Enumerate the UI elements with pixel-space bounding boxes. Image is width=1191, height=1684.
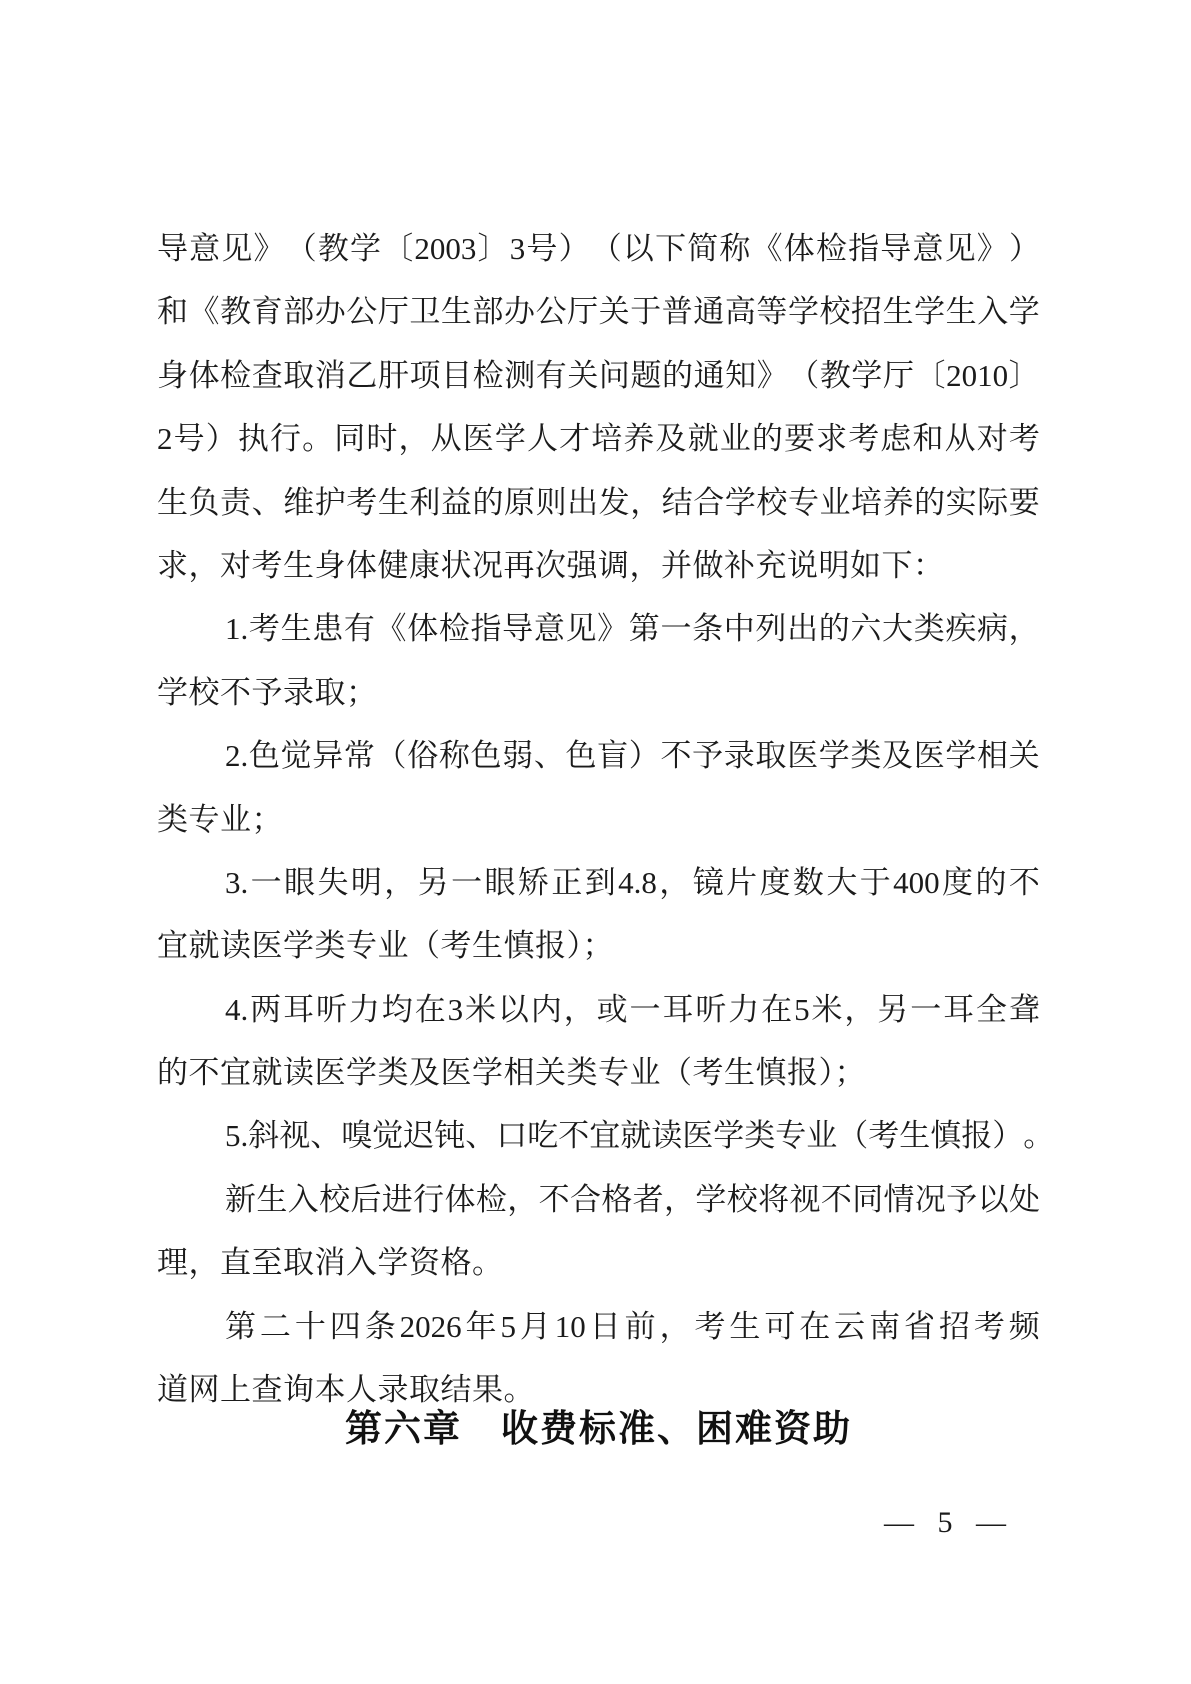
text-line: 第二十四条2026年5月10日前，考生可在云南省招考频 <box>157 1310 1040 1373</box>
text-line: 生负责、维护考生利益的原则出发，结合学校专业培养的实际要 <box>157 486 1040 549</box>
text-line: 身体检查取消乙肝项目检测有关问题的通知》（教学厅〔2010〕 <box>157 359 1040 422</box>
text-line: 和《教育部办公厅卫生部办公厅关于普通高等学校招生学生入学 <box>157 295 1040 358</box>
text-line: 3.一眼失明，另一眼矫正到4.8，镜片度数大于400度的不 <box>157 866 1040 929</box>
text-line: 4.两耳听力均在3米以内，或一耳听力在5米，另一耳全聋 <box>157 993 1040 1056</box>
text-line: 学校不予录取； <box>157 676 1040 739</box>
text-line: 理，直至取消入学资格。 <box>157 1246 1040 1309</box>
page-number-footer: — 5 — <box>884 1506 1006 1540</box>
text-line: 2.色觉异常（俗称色弱、色盲）不予录取医学类及医学相关 <box>157 739 1040 802</box>
chapter-heading: 第六章 收费标准、困难资助 <box>157 1408 1040 1450</box>
text-line: 的不宜就读医学类及医学相关类专业（考生慎报）； <box>157 1056 1040 1119</box>
text-line: 1.考生患有《体检指导意见》第一条中列出的六大类疾病， <box>157 612 1040 675</box>
text-line: 新生入校后进行体检，不合格者，学校将视不同情况予以处 <box>157 1183 1040 1246</box>
text-line: 宜就读医学类专业（考生慎报）； <box>157 929 1040 992</box>
document-body: 导意见》（教学〔2003〕3号）（以下简称《体检指导意见》）和《教育部办公厅卫生… <box>157 232 1040 1436</box>
text-line: 类专业； <box>157 803 1040 866</box>
text-line: 求，对考生身体健康状况再次强调，并做补充说明如下： <box>157 549 1040 612</box>
document-page: 导意见》（教学〔2003〕3号）（以下简称《体检指导意见》）和《教育部办公厅卫生… <box>0 0 1191 1684</box>
text-line: 5.斜视、嗅觉迟钝、口吃不宜就读医学类专业（考生慎报）。 <box>157 1119 1040 1182</box>
text-line: 导意见》（教学〔2003〕3号）（以下简称《体检指导意见》） <box>157 232 1040 295</box>
text-line: 2号）执行。同时，从医学人才培养及就业的要求考虑和从对考 <box>157 422 1040 485</box>
